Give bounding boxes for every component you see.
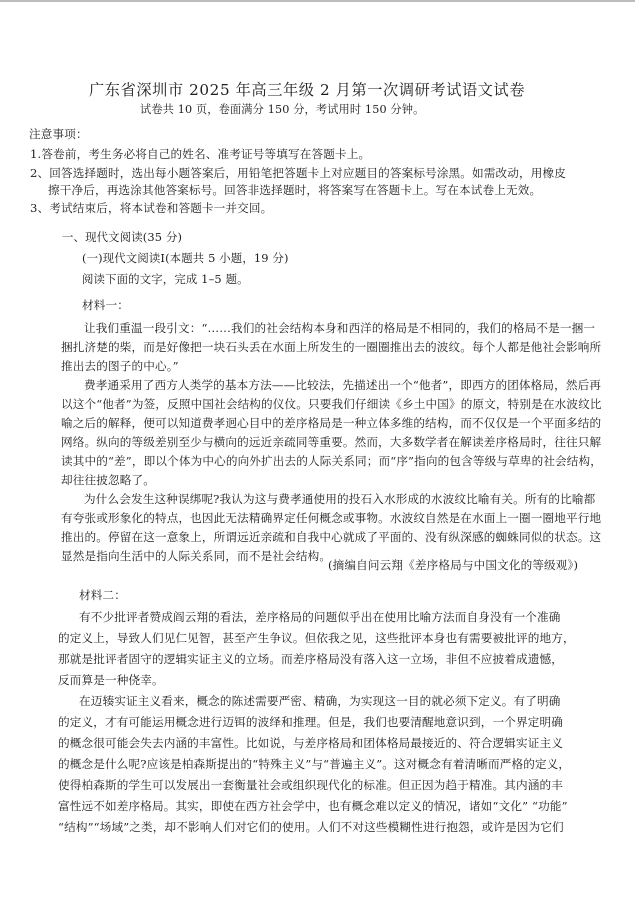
material2-line: 的定义上，导致人们见仁见智，甚至产生争议。但依我之见，这些批评本身也有需要被批评… xyxy=(58,631,575,645)
material1-source: (摘编自问云翔《差序格局与中国文化的等级观》) xyxy=(328,558,578,572)
material2-line: 那就是批评者固守的逻辑实证主义的立场。而差序格局没有落入这一立场，非但不应披着成… xyxy=(58,652,563,666)
material1-line: 捆扎济楚的柴，而是好像把一块石头丢在水面上所发生的一圈圈推出去的波纹。每个人都是… xyxy=(61,340,601,354)
notes-heading: 注意事项： xyxy=(29,127,88,141)
material2-line: “结构”“场域”之类，却不影响人们对它们的使用。人们不对这些模糊性进行抱怨，或许… xyxy=(58,820,564,834)
material1-line: 以这个“他者”为签，反照中国社会结构的仪伩。只要我们仔细读《乡土中国》的原文，特… xyxy=(61,397,602,411)
material1-line: 读其中的“差”，即以个体为中心的向外扩出去的人际关系同；而“序”指向的包含等级与… xyxy=(61,454,602,468)
material1-line: 显然是指向生活中的人际关系同，而不是社会结构。 xyxy=(61,549,331,563)
material1-line: 喻之后的解释，便可以知道费孝迥心目中的差序格局是一种立体多维的结构，而不仅仅是一… xyxy=(61,416,601,430)
exam-subtitle: 试卷共 10 页，卷面满分 150 分，考试用时 150 分钟。 xyxy=(140,103,424,117)
material2-line: 富性远不如差序格局。其实，即使在西方社会学中，也有概念难以定义的情况，诸如“文化… xyxy=(58,799,568,813)
material2-line: 的概念很可能会失去内涵的丰富性。比如说，与差序格局和团体格局最接近的、符合逻辑实… xyxy=(58,736,563,750)
reading-instruction: 阅读下面的文字，完成 1–5 题。 xyxy=(82,272,249,286)
material2-line: 反而算是一种侥幸。 xyxy=(58,673,164,687)
note-item-2-cont: 擦干净后，再选涂其他答案标号。回答非选择题时，将答案写在答题卡上。写在本试卷上无… xyxy=(48,183,541,197)
note-item-3: 3、考试结束后，将本试卷和答题卡一并交回。 xyxy=(30,201,272,215)
top-border xyxy=(0,0,635,2)
material2-line: 的概念是什么呢?应该是柏森斯提出的“特殊主义”与“普遍主义”。这对概念有着清晰而… xyxy=(58,757,570,771)
material2-line: 使得柏森斯的学生可以发展出一套衡量社会或组织现代化的标准。但正因为趋于精准。其内… xyxy=(58,778,563,792)
material1-line: 却往往披忽略了。 xyxy=(61,473,155,487)
material1-line: 让我们重温一段引文：“……我们的社会结构本身和西洋的格局是不相同的，我们的格局不… xyxy=(84,321,595,335)
material1-line: 推出去的图子的中心。” xyxy=(61,359,179,373)
material2-line: 有不少批评者赞成阎云翔的看法，差序格局的问题似乎出在使用比喻方法而自身没有一个准… xyxy=(79,610,561,624)
material2-line: 的定义，才有可能运用概念进行迈铒的波绎和推理。但是，我们也要清醒地意识到，一个界… xyxy=(58,715,563,729)
material1-heading: 材料一： xyxy=(82,298,129,312)
material2-heading: 材料二： xyxy=(79,588,126,602)
material1-line: 费孝通采用了西方人类学的基本方法——比较法，先描述出一个“他者”，即西方的团体格… xyxy=(84,378,601,392)
note-item-1: 1.答卷前，考生务必将自己的姓名、准考证号等填写在答题卡上。 xyxy=(30,147,370,161)
subsection-heading: (一)现代文阅读I(本题共 5 小题，19 分) xyxy=(82,251,289,265)
note-item-2: 2、回答选择题时，选出每小题答案后，用铅笔把答题卡上对应题目的答案标号涂黑。如需… xyxy=(30,166,566,180)
section-heading: 一、现代文阅读(35 分) xyxy=(62,230,182,244)
material1-line: 推出的。停留在这一意象上，所谓远近亲疏和自我中心就成了平面的、没有纵深感的蜘蛛同… xyxy=(61,530,601,544)
material1-line: 网络。纵向的等级差别至少与横向的远近亲疏同等重要。然而，大多数学者在解读差序格局… xyxy=(61,435,601,449)
material2-line: 在迈辏实证主义看来，概念的陈述需要严密、精确，为实现这一目的就必须下定义。有了明… xyxy=(79,694,561,708)
material1-line: 有夸张或形象化的特点，也因此无法精确界定任何概念或事物。水波纹自然是在水面上一圈… xyxy=(61,511,601,525)
exam-title: 广东省深圳市 2025 年高三年级 2 月第一次调研考试语文试卷 xyxy=(89,81,525,99)
material1-line: 为什么会发生这种误绑呢?我认为这与费孝通使用的投石入水形成的水波纹比喻有关。所有… xyxy=(84,492,595,506)
